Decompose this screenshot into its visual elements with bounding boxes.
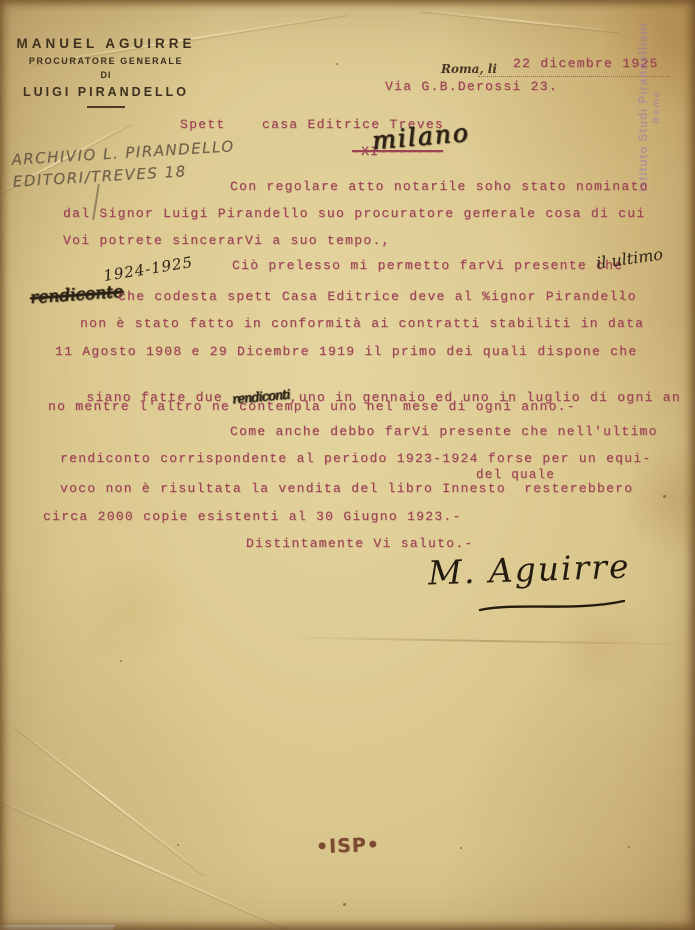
paper-speck <box>120 660 122 662</box>
typed-address: Via G.B.Derossi 23. <box>385 78 558 96</box>
side-stamp-institute: Istituto Studi Pirandelliani <box>638 22 651 192</box>
letterhead-di: DI <box>6 70 206 80</box>
printed-place-label: Roma, li <box>441 62 497 76</box>
letterhead-principal: LUIGI PIRANDELLO <box>6 85 206 99</box>
body-line: Come anche debbo farVi presente che nell… <box>230 423 658 441</box>
letterhead-rule <box>87 106 125 108</box>
letter-scan: MANUEL AGUIRRE PROCURATORE GENERALE DI L… <box>0 0 695 930</box>
body-line: voco non è risultata la vendita del libr… <box>60 480 633 498</box>
crease-line <box>15 726 205 875</box>
archive-note: ARCHIVIO L. PIRANDELLO EDITORI/TREVES 18 <box>11 135 237 193</box>
signature-flourish <box>478 596 628 616</box>
body-line: no mentre l'altro ne contempla uno nel m… <box>48 398 576 416</box>
body-line: 11 Agosto 1908 e 29 Dicembre 1919 il pri… <box>55 343 637 361</box>
handwritten-line-end-note: il ultimo <box>595 244 664 272</box>
letterhead-name: MANUEL AGUIRRE <box>6 36 206 51</box>
crease-line <box>0 793 286 929</box>
body-line: Voi potrete sincerarVi a suo tempo., <box>63 232 391 250</box>
letterhead-role: PROCURATORE GENERALE <box>6 56 206 66</box>
letterhead: MANUEL AGUIRRE PROCURATORE GENERALE DI L… <box>6 36 206 108</box>
addressee-salutation: Spett <box>180 116 226 134</box>
scan-edge-sliver <box>0 925 115 930</box>
paper-speck <box>177 844 179 846</box>
paper-speck <box>628 846 630 848</box>
paper-speck <box>663 495 666 498</box>
crease-line <box>280 636 695 645</box>
body-line: non è stato fatto in conformità ai contr… <box>80 315 644 333</box>
isp-stamp: •ISP• <box>298 833 399 858</box>
paper-speck <box>343 903 346 906</box>
paper-speck <box>336 63 338 65</box>
handwritten-margin-word: rendiconto <box>29 282 123 308</box>
crease-line <box>420 10 619 32</box>
body-line: dal Signor Luigi Pirandello suo procurat… <box>63 205 645 223</box>
paper-stain <box>60 560 200 660</box>
body-line: Ciò prelesso mi permetto farVi presente … <box>232 257 623 275</box>
body-line: rendiconto corrispondente al periodo 192… <box>60 450 652 468</box>
signature: M. Aguirre <box>427 546 631 592</box>
side-stamp-city: Roma <box>651 22 662 192</box>
handwritten-period: 1924-1925 <box>102 253 194 285</box>
closing-line: Distintamente Vi saluto.- <box>246 535 474 553</box>
body-line: circa 2000 copie esistenti al 30 Giugno … <box>43 508 462 526</box>
body-line: che codesta spett Casa Editrice deve al … <box>118 288 637 306</box>
body-line: Con regolare atto notarile soho stato no… <box>230 178 649 196</box>
paper-speck <box>460 847 462 849</box>
typed-date: 22 dicembre 1925 <box>513 55 659 73</box>
side-stamp: Istituto Studi Pirandelliani Roma <box>638 22 662 192</box>
